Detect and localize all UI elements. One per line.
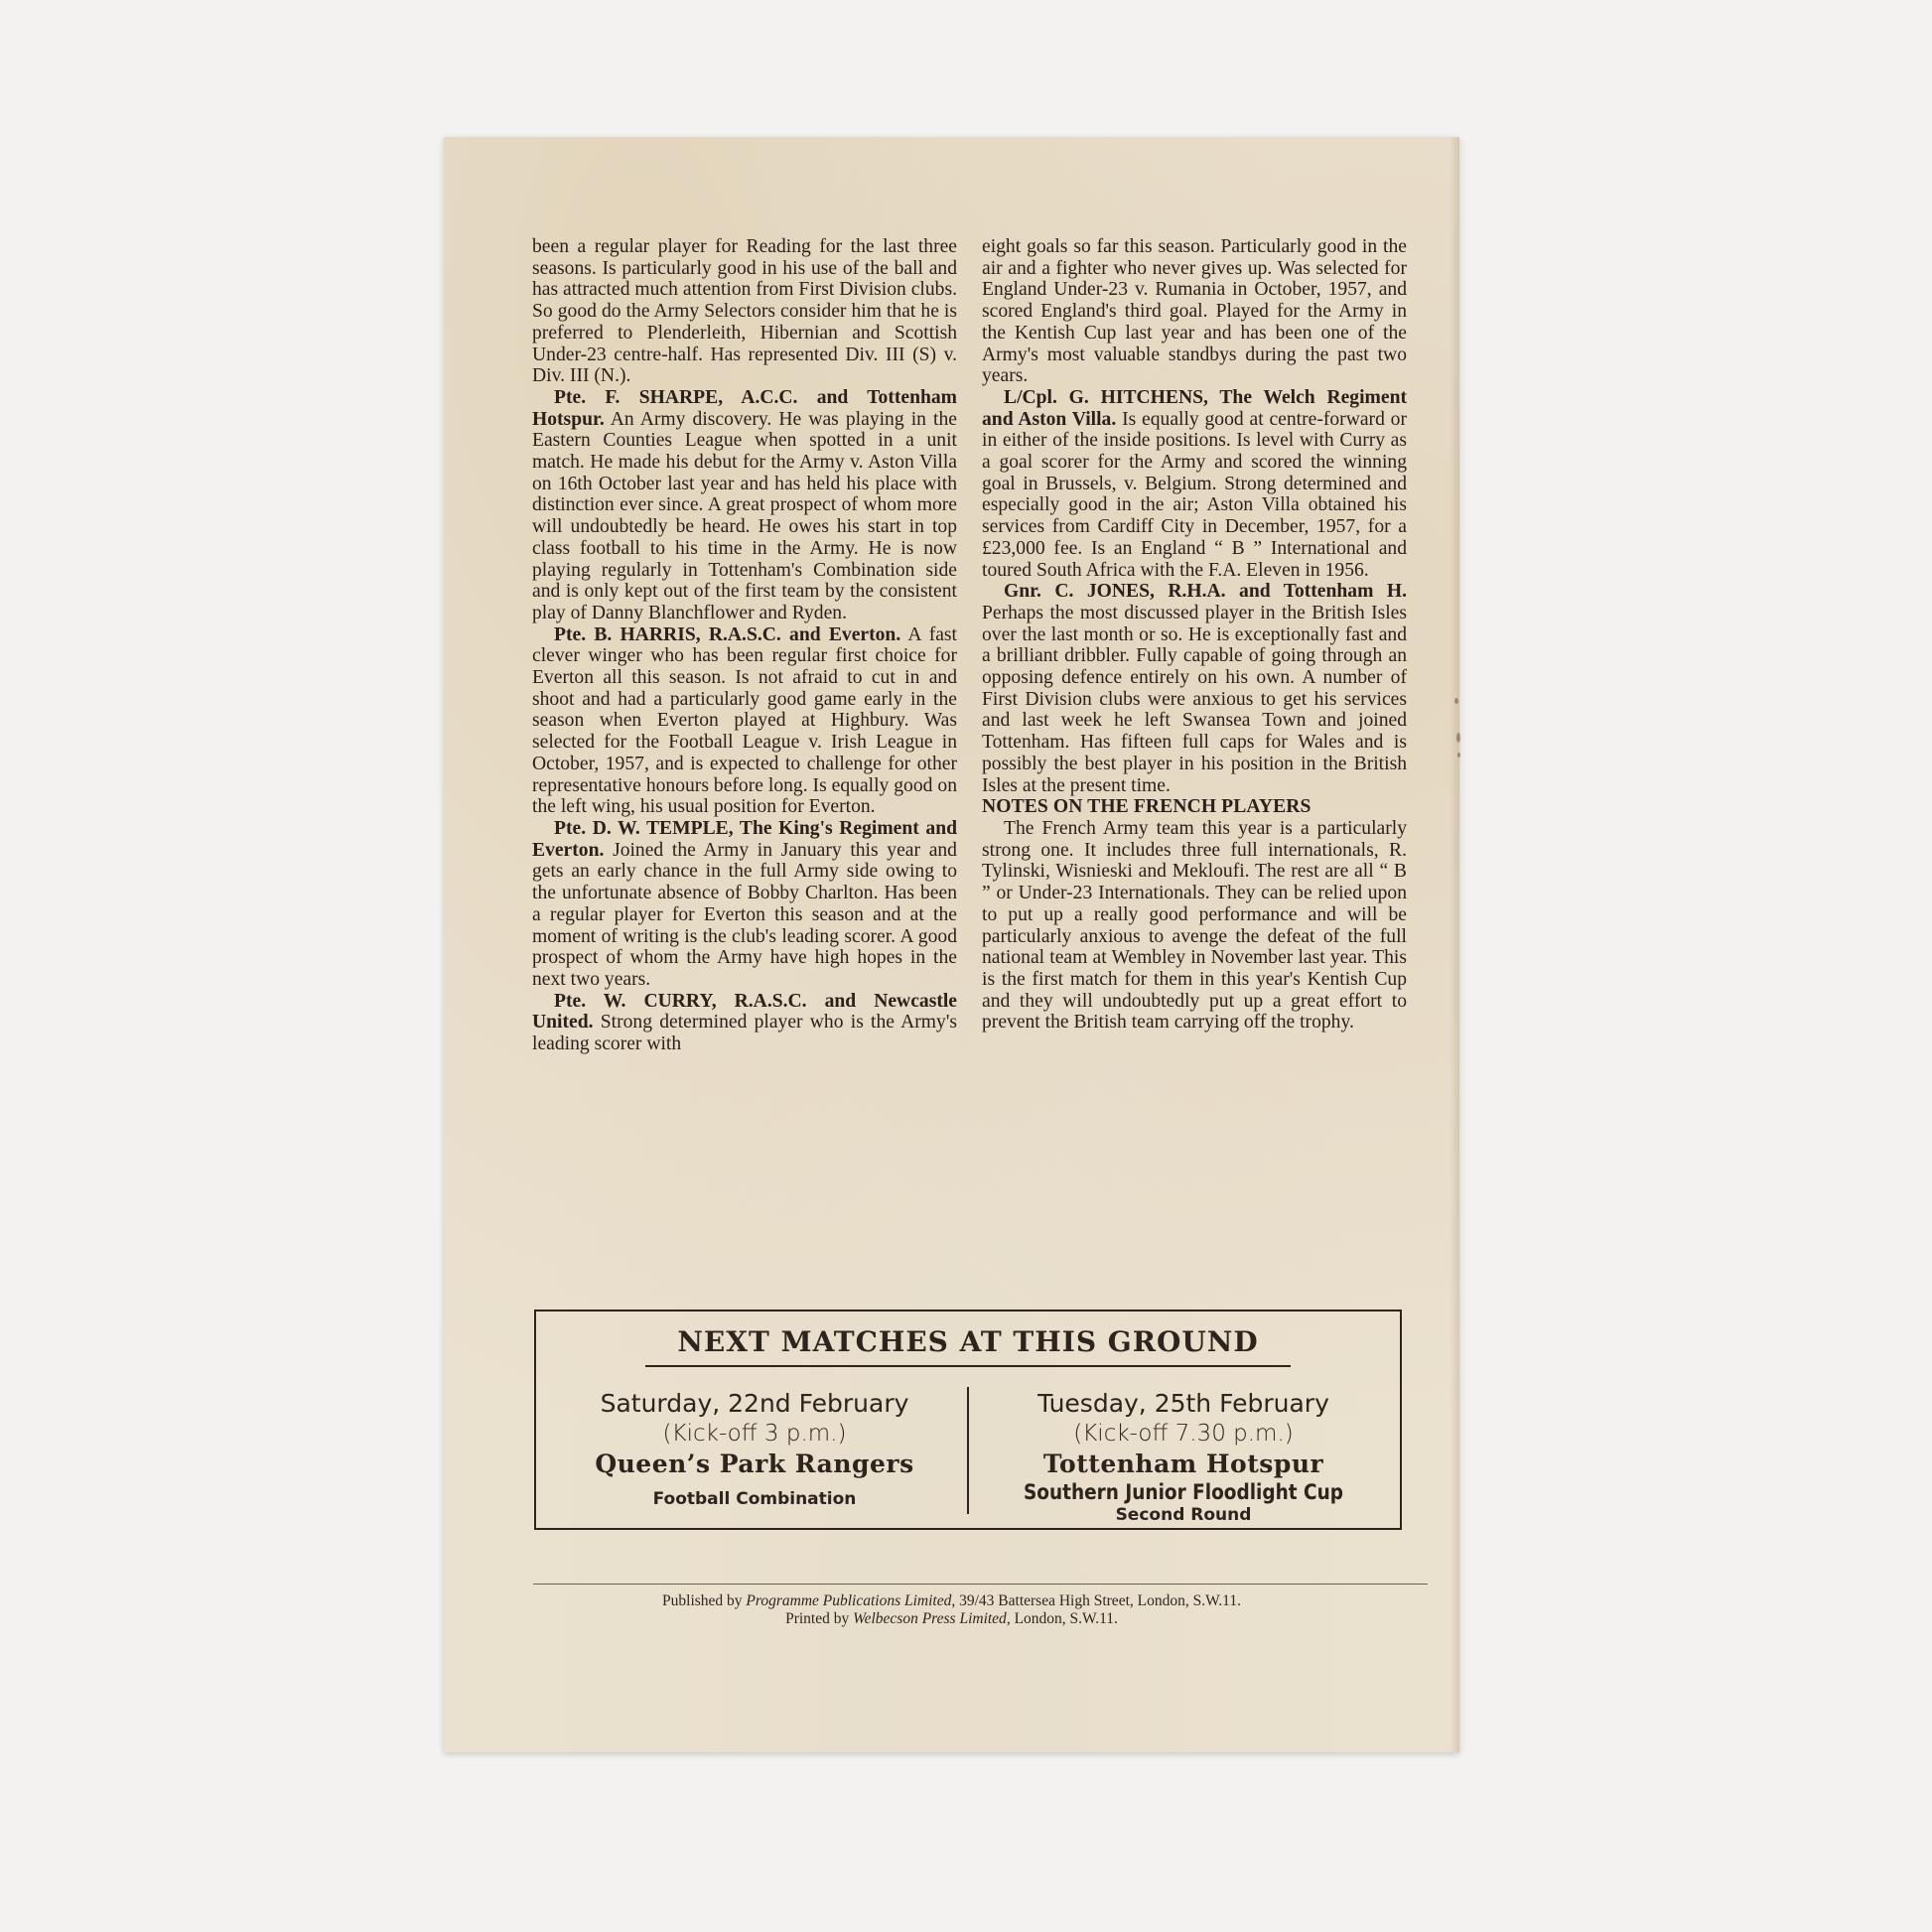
right-column: eight goals so far this season. Particul…: [982, 236, 1407, 1034]
entry-text: eight goals so far this season. Particul…: [982, 236, 1407, 386]
player-entry: been a regular player for Reading for th…: [532, 236, 957, 387]
french-section-text: The French Army team this year is a part…: [982, 818, 1407, 1034]
player-entry: Pte. W. CURRY, R.A.S.C. and Newcastle Un…: [532, 991, 957, 1055]
entry-text: Perhaps the most discussed player in the…: [982, 603, 1407, 796]
match-competition: Football Combination: [546, 1488, 963, 1510]
player-entry: eight goals so far this season. Particul…: [982, 236, 1407, 387]
paper-stain: [1456, 733, 1460, 743]
publisher-name: Programme Publications Limited: [746, 1592, 951, 1609]
column-divider: [967, 1387, 969, 1514]
entry-text: Joined the Army in January this year and…: [532, 840, 957, 990]
publisher-address: , 39/43 Battersea High Street, London, S…: [951, 1592, 1241, 1609]
left-column: been a regular player for Reading for th…: [532, 236, 957, 1055]
match-competition: Southern Junior Floodlight Cup: [1000, 1480, 1367, 1504]
printer-name: Welbecson Press Limited: [853, 1610, 1007, 1627]
printer-address: , London, S.W.11.: [1007, 1610, 1118, 1627]
match-opponent: Tottenham Hotspur: [975, 1449, 1392, 1480]
entry-text: A fast clever winger who has been regula…: [532, 624, 957, 818]
entry-text: been a regular player for Reading for th…: [532, 236, 957, 386]
player-entry: L/Cpl. G. HITCHENS, The Welch Regiment a…: [982, 387, 1407, 581]
player-name: Gnr. C. JONES, R.H.A. and Tottenham H.: [1004, 581, 1407, 602]
match-kickoff: (Kick-off 3 p.m.): [546, 1419, 963, 1449]
paper-stain: [1457, 753, 1460, 758]
publisher-imprint: Published by Programme Publications Limi…: [444, 1592, 1459, 1627]
match-opponent: Queen’s Park Rangers: [546, 1449, 963, 1480]
player-entry: Pte. F. SHARPE, A.C.C. and Tottenham Hot…: [532, 387, 957, 624]
next-matches-box: NEXT MATCHES AT THIS GROUND Saturday, 22…: [534, 1310, 1402, 1530]
next-matches-title: NEXT MATCHES AT THIS GROUND: [536, 1325, 1400, 1358]
match-date: Tuesday, 25th February: [975, 1389, 1392, 1419]
player-name: Pte. B. HARRIS, R.A.S.C. and Everton.: [554, 624, 900, 645]
programme-page: been a regular player for Reading for th…: [444, 137, 1459, 1752]
entry-text: An Army discovery. He was playing in the…: [532, 409, 957, 623]
player-entry: Pte. D. W. TEMPLE, The King's Regiment a…: [532, 818, 957, 991]
match-saturday: Saturday, 22nd February (Kick-off 3 p.m.…: [546, 1389, 963, 1510]
player-entry: Pte. B. HARRIS, R.A.S.C. and Everton. A …: [532, 624, 957, 818]
imprint-line-printer: Printed by Welbecson Press Limited, Lond…: [444, 1610, 1459, 1628]
imprint-prefix: Published by: [662, 1592, 746, 1609]
french-section-heading: NOTES ON THE FRENCH PLAYERS: [982, 796, 1407, 818]
match-tuesday: Tuesday, 25th February (Kick-off 7.30 p.…: [975, 1389, 1392, 1526]
entry-text: Is equally good at centre-forward or in …: [982, 409, 1407, 581]
article-columns: been a regular player for Reading for th…: [532, 236, 1411, 1428]
paper-stain: [1454, 698, 1458, 704]
imprint-prefix: Printed by: [785, 1610, 853, 1627]
imprint-line-publisher: Published by Programme Publications Limi…: [444, 1592, 1459, 1610]
footer-rule: [533, 1584, 1428, 1585]
match-round: Second Round: [975, 1504, 1392, 1526]
match-kickoff: (Kick-off 7.30 p.m.): [975, 1419, 1392, 1449]
page-edge-shadow: [1449, 137, 1459, 1752]
title-underline: [645, 1365, 1291, 1367]
player-entry: Gnr. C. JONES, R.H.A. and Tottenham H. P…: [982, 581, 1407, 796]
match-date: Saturday, 22nd February: [546, 1389, 963, 1419]
entry-text: Strong determined player who is the Army…: [532, 1012, 957, 1054]
